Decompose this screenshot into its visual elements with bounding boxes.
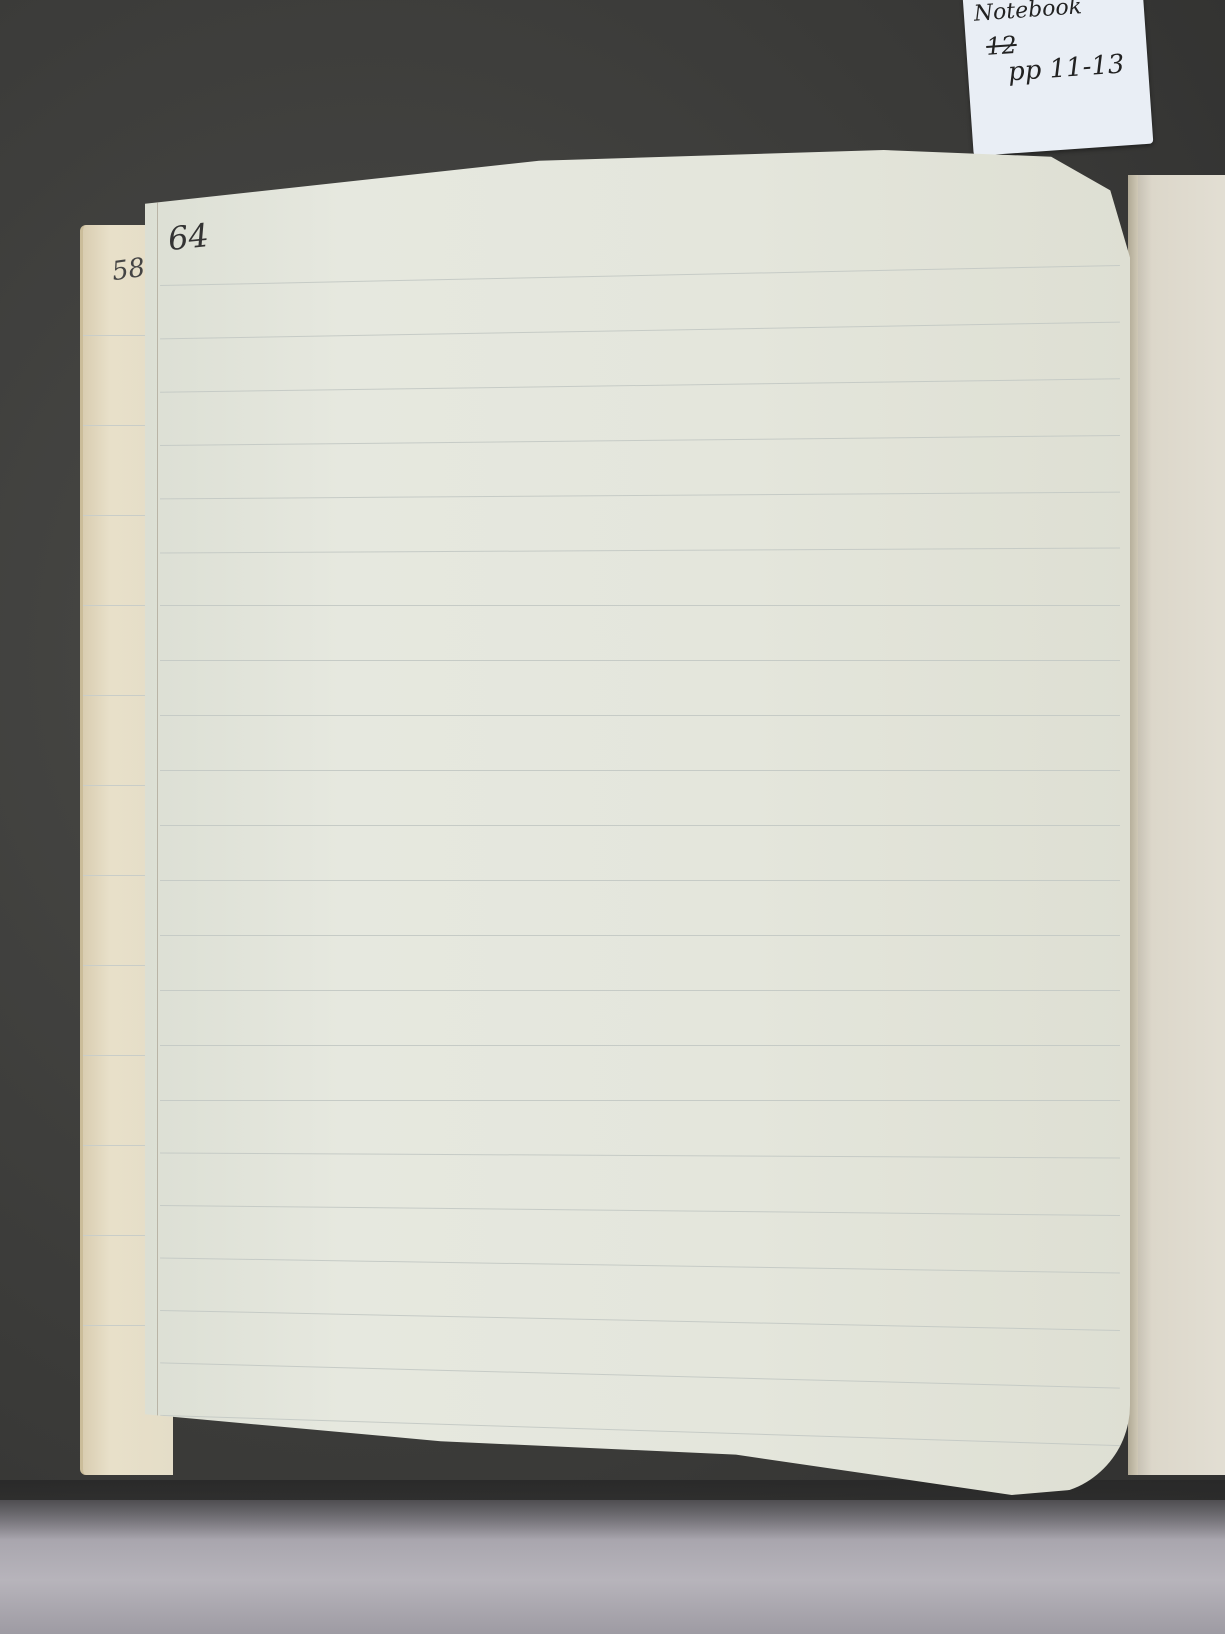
label-page-range: pp 11-13 — [1007, 49, 1125, 87]
current-page-number: 64 — [166, 216, 210, 258]
page-margin-line — [157, 190, 158, 1435]
facing-page-edge — [1132, 175, 1225, 1475]
label-notebook-text: Notebook — [973, 0, 1083, 27]
catalog-label-slip: Notebook 12 pp 11-13 — [963, 0, 1154, 156]
notebook-page — [145, 150, 1130, 1495]
back-page-number: 58 — [110, 253, 147, 287]
